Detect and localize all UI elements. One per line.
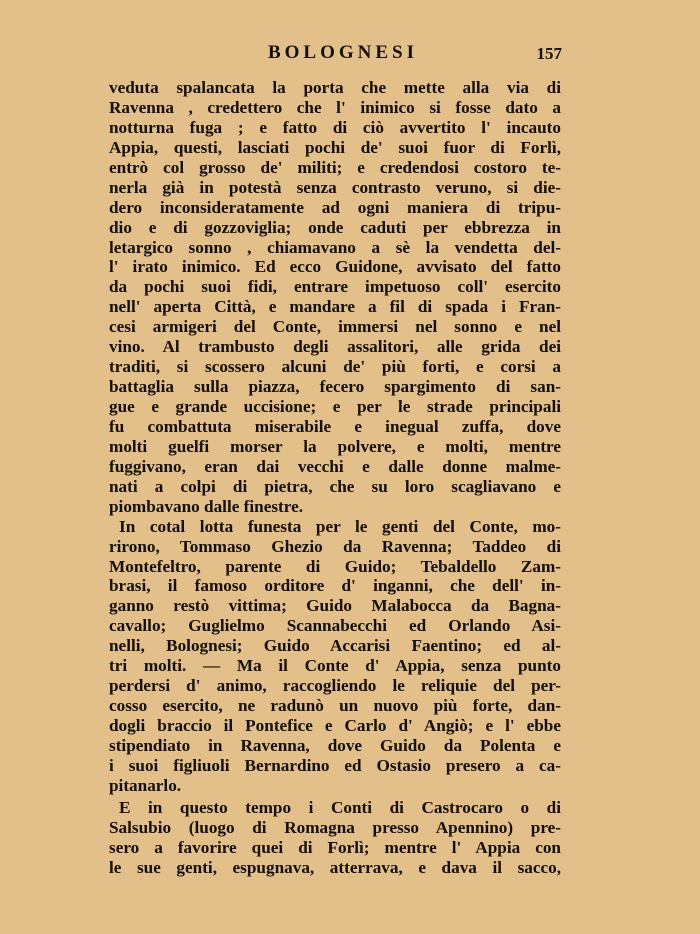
- text-line: nati a colpi di pietra, che su loro scag…: [109, 477, 561, 497]
- text-line: molti guelfi morser la polvere, e molti,…: [109, 437, 561, 457]
- text-line: fu combattuta miserabile e inegual zuffa…: [109, 417, 561, 437]
- text-line: piombavano dalle finestre.: [109, 497, 561, 517]
- text-line: brasi, il famoso orditore d' inganni, ch…: [109, 576, 561, 596]
- text-line: tri molti. — Ma il Conte d' Appia, senza…: [109, 656, 561, 676]
- text-line: In cotal lotta funesta per le genti del …: [109, 517, 561, 537]
- paragraph-1: veduta spalancata la porta che mette all…: [109, 78, 561, 517]
- text-line: dio e di gozzoviglia; onde caduti per eb…: [109, 218, 561, 238]
- running-title: BOLOGNESI: [110, 42, 562, 64]
- text-line: cesi armigeri del Conte, immersi nel son…: [109, 317, 561, 337]
- text-line: Montefeltro, parente di Guido; Tebaldell…: [109, 557, 561, 577]
- text-line: l' irato inimico. Ed ecco Guidone, avvis…: [109, 257, 561, 277]
- paragraph-3: E in questo tempo i Conti di Castrocaro …: [109, 798, 561, 878]
- text-line: cosso esercito, ne radunò un nuovo più f…: [109, 696, 561, 716]
- text-line: dogli braccio il Pontefice e Carlo d' An…: [109, 716, 561, 736]
- text-line: nerla già in potestà senza contrasto ver…: [109, 178, 561, 198]
- text-line: rirono, Tommaso Ghezio da Ravenna; Tadde…: [109, 537, 561, 557]
- text-line: nelli, Bolognesi; Guido Accarisi Faentin…: [109, 636, 561, 656]
- text-line: Salsubio (luogo di Romagna presso Apenni…: [109, 818, 561, 838]
- text-line: gue e grande uccisione; e per le strade …: [109, 397, 561, 417]
- text-line: traditi, si scossero alcuni de' più fort…: [109, 357, 561, 377]
- text-line: da pochi suoi fidi, entrare impetuoso co…: [109, 277, 561, 297]
- text-line: letargico sonno , chiamavano a sè la ven…: [109, 238, 561, 258]
- text-line: nell' aperta Città, e mandare a fil di s…: [109, 297, 561, 317]
- text-line: Ravenna , credettero che l' inimico si f…: [109, 98, 561, 118]
- running-head: BOLOGNESI 157: [110, 42, 562, 66]
- text-line: stipendiato in Ravenna, dove Guido da Po…: [109, 736, 561, 756]
- text-line: vino. Al trambusto degli assalitori, all…: [109, 337, 561, 357]
- text-line: sero a favorire quei di Forlì; mentre l'…: [109, 838, 561, 858]
- text-line: ganno restò vittima; Guido Malabocca da …: [109, 596, 561, 616]
- text-line: E in questo tempo i Conti di Castrocaro …: [109, 798, 561, 818]
- text-line: i suoi figliuoli Bernardino ed Ostasio p…: [109, 756, 561, 776]
- text-line: Appia, questi, lasciati pochi de' suoi f…: [109, 138, 561, 158]
- body-text: veduta spalancata la porta che mette all…: [109, 78, 561, 878]
- page-number: 157: [537, 44, 563, 64]
- text-line: veduta spalancata la porta che mette all…: [109, 78, 561, 98]
- book-page: BOLOGNESI 157 veduta spalancata la porta…: [0, 0, 700, 934]
- text-line: cavallo; Guglielmo Scannabecchi ed Orlan…: [109, 616, 561, 636]
- text-line: fuggivano, eran dai vecchi e dalle donne…: [109, 457, 561, 477]
- text-line: battaglia sulla piazza, fecero spargimen…: [109, 377, 561, 397]
- text-line: le sue genti, espugnava, atterrava, e da…: [109, 858, 561, 878]
- text-line: notturna fuga ; e fatto di ciò avvertito…: [109, 118, 561, 138]
- text-line: pitanarlo.: [109, 776, 561, 796]
- paragraph-2: In cotal lotta funesta per le genti del …: [109, 517, 561, 796]
- text-line: dero inconsideratamente ad ogni maniera …: [109, 198, 561, 218]
- text-line: entrò col grosso de' militi; e credendos…: [109, 158, 561, 178]
- text-line: perdersi d' animo, raccogliendo le reliq…: [109, 676, 561, 696]
